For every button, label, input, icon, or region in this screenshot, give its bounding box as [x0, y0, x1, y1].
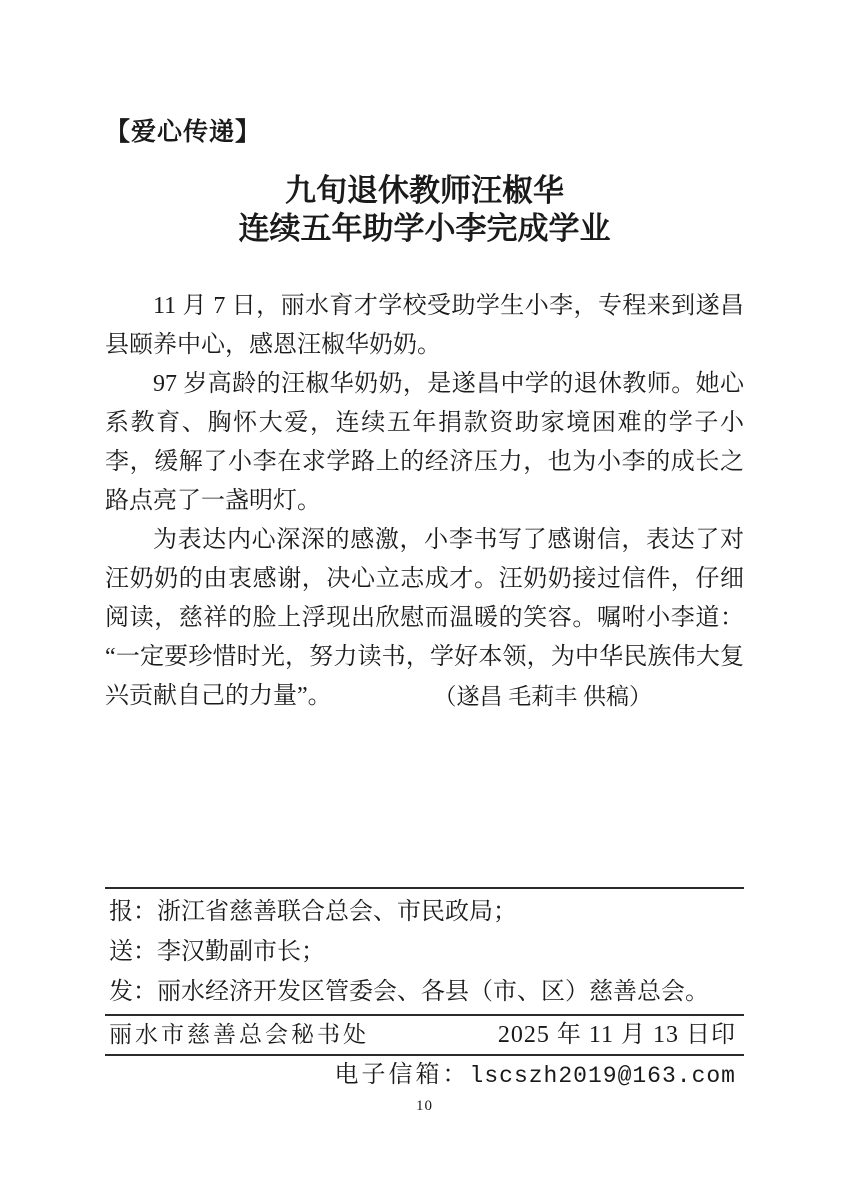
- article-title: 九旬退休教师汪椒华 连续五年助学小李完成学业: [105, 172, 744, 248]
- page-content: 【爱心传递】 九旬退休教师汪椒华 连续五年助学小李完成学业 11 月 7 日，丽…: [0, 117, 849, 1094]
- send-to-line: 送：李汉勤副市长；: [109, 932, 744, 972]
- article-title-line1: 九旬退休教师汪椒华: [285, 173, 564, 208]
- issue-to-line: 发：丽水经济开发区管委会、各县（市、区）慈善总会。: [109, 972, 744, 1012]
- page-number: 10: [0, 1098, 849, 1115]
- email-row: 电子信箱：lscszh2019@163.com: [105, 1056, 744, 1094]
- paragraph-1: 11 月 7 日，丽水育才学校受助学生小李，专程来到遂昌县颐养中心，感恩汪椒华奶…: [105, 287, 744, 365]
- print-date: 2025 年 11 月 13 日印: [498, 1016, 736, 1054]
- issuer-name: 丽水市慈善总会秘书处: [109, 1016, 369, 1054]
- document-page: 【爱心传递】 九旬退休教师汪椒华 连续五年助学小李完成学业 11 月 7 日，丽…: [0, 0, 849, 1200]
- email-address: lscszh2019@163.com: [470, 1063, 736, 1089]
- distribution-lines: 报：浙江省慈善联合总会、市民政局； 送：李汉勤副市长； 发：丽水经济开发区管委会…: [105, 889, 744, 1014]
- issuer-row: 丽水市慈善总会秘书处 2025 年 11 月 13 日印: [105, 1016, 744, 1054]
- section-label: 【爱心传递】: [105, 117, 744, 147]
- report-to-line: 报：浙江省慈善联合总会、市民政局；: [109, 892, 744, 932]
- paragraph-2: 97 岁高龄的汪椒华奶奶，是遂昌中学的退休教师。她心系教育、胸怀大爱，连续五年捐…: [105, 365, 744, 521]
- article-title-line2: 连续五年助学小李完成学业: [239, 211, 611, 246]
- article-body: 11 月 7 日，丽水育才学校受助学生小李，专程来到遂昌县颐养中心，感恩汪椒华奶…: [105, 287, 744, 716]
- distribution-notice: 报：浙江省慈善联合总会、市民政局； 送：李汉勤副市长； 发：丽水经济开发区管委会…: [105, 887, 744, 1094]
- email-label: 电子信箱：: [335, 1062, 470, 1088]
